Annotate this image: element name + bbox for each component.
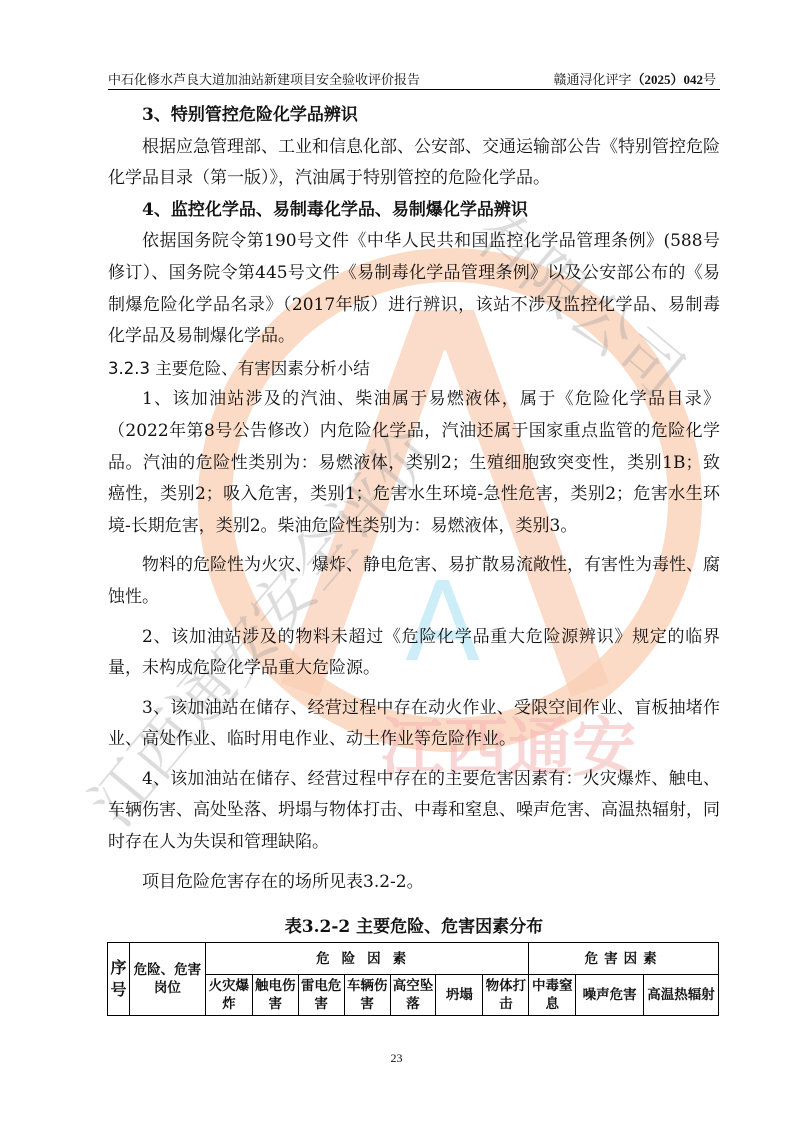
col-falling-height: 高空坠落 — [390, 975, 436, 1016]
document-page: A 江西通安 江西通安安全评价 有限公司 中石化修水芦良大道加油站新建项目安全验… — [0, 0, 793, 1122]
col-poisoning: 中毒窒息 — [529, 975, 576, 1016]
report-title: 中石化修水芦良大道加油站新建项目安全验收评价报告 — [108, 69, 420, 88]
table-header-row-1: 序号 危险、危害岗位 危险因素 危害因素 — [108, 943, 719, 975]
col-fire-explosion: 火灾爆炸 — [205, 975, 252, 1016]
heading-special-control: 3、特别管控危险化学品辨识 — [108, 100, 720, 132]
section-heading-3-2-3: 3.2.3 主要危险、有害因素分析小结 — [108, 353, 720, 385]
page-number: 23 — [0, 1051, 793, 1066]
body-content: 3、特别管控危险化学品辨识 根据应急管理部、工业和信息化部、公安部、交通运输部公… — [108, 100, 720, 898]
col-object-strike: 物体打击 — [483, 975, 529, 1016]
col-noise: 噪声危害 — [576, 975, 644, 1016]
col-heat-radiation: 高温热辐射 — [644, 975, 719, 1016]
paragraph-summary-3: 3、该加油站在储存、经营过程中存在动火作业、受限空间作业、盲板抽堵作业、高处作业… — [108, 693, 720, 756]
col-lightning: 雷电危害 — [298, 975, 344, 1016]
col-collapse: 坍塌 — [436, 975, 483, 1016]
table-caption: 表3.2-2 主要危险、危害因素分布 — [108, 912, 720, 937]
header-post: 危险、危害岗位 — [129, 943, 205, 1016]
hazard-distribution-table: 序号 危险、危害岗位 危险因素 危害因素 火灾爆炸 触电伤害 雷电危害 车辆伤害… — [107, 942, 719, 1016]
col-vehicle-injury: 车辆伤害 — [344, 975, 390, 1016]
paragraph-summary-1: 1、该加油站涉及的汽油、柴油属于易燃液体，属于《危险化学品目录》（2022年第8… — [108, 384, 720, 542]
header-danger-factors: 危险因素 — [205, 943, 528, 975]
header-seq-no: 序号 — [108, 943, 130, 1016]
paragraph-summary-4: 4、该加油站在储存、经营过程中存在的主要危害因素有：火灾爆炸、触电、车辆伤害、高… — [108, 764, 720, 859]
heading-monitored-chemicals: 4、监控化学品、易制毒化学品、易制爆化学品辨识 — [108, 195, 720, 227]
page-header: 中石化修水芦良大道加油站新建项目安全验收评价报告 赣通浔化评字（2025）042… — [108, 67, 720, 90]
paragraph-table-reference: 项目危险危害存在的场所见表3.2-2。 — [108, 867, 720, 899]
paragraph-special-control: 根据应急管理部、工业和信息化部、公安部、交通运输部公告《特别管控危险化学品目录（… — [108, 132, 720, 195]
header-harm-factors: 危害因素 — [529, 943, 719, 975]
paragraph-summary-2: 2、该加油站涉及的物料未超过《危险化学品重大危险源辨识》规定的临界量，未构成危险… — [108, 622, 720, 685]
document-number: 赣通浔化评字（2025）042号 — [553, 69, 716, 88]
paragraph-summary-1b: 物料的危险性为火灾、爆炸、静电危害、易扩散易流敞性，有害性为毒性、腐蚀性。 — [108, 550, 720, 613]
paragraph-monitored-chemicals: 依据国务院令第190号文件《中华人民共和国监控化学品管理条例》(588号修订）、… — [108, 226, 720, 352]
col-electric-shock: 触电伤害 — [252, 975, 298, 1016]
